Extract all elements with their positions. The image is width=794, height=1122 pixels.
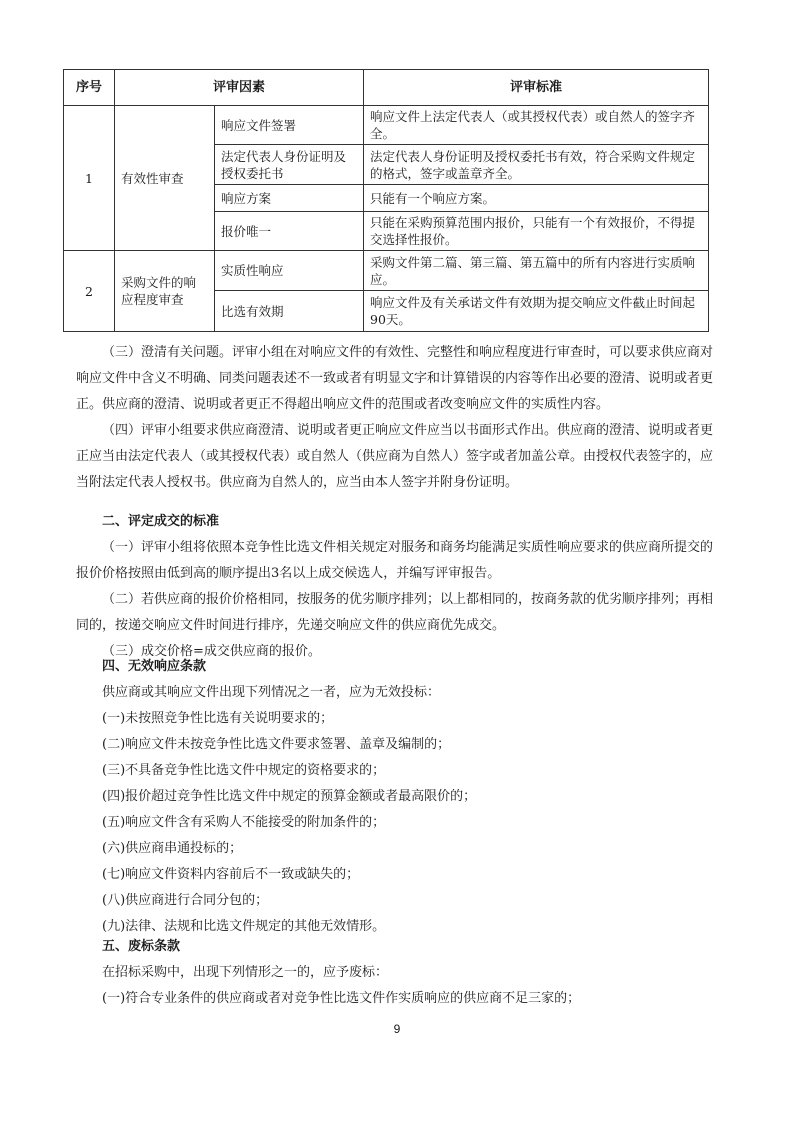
row-item: 法定代表人身份证明及授权委托书 [215,145,364,185]
paragraph-clarify: （三）澄清有关问题。评审小组在对响应文件的有效性、完整性和响应程度进行审查时，可… [76,340,714,418]
section-invalid-response: 四、无效响应条款 供应商或其响应文件出现下列情况之一者，应为无效投标： (一)未… [102,654,714,940]
row-standard: 响应文件及有关承诺文件有效期为提交响应文件截止时间起90天。 [364,291,709,332]
criteria-item: （二）若供应商的报价价格相同，按服务的优劣顺序排列；以上都相同的，按商务款的优劣… [76,587,714,639]
header-standard: 评审标准 [364,70,709,106]
clarification-section: （三）澄清有关问题。评审小组在对响应文件的有效性、完整性和响应程度进行审查时，可… [76,340,714,496]
section-award-criteria: 二、评定成交的标准 （一）评审小组将依照本竞争性比选文件相关规定对服务和商务均能… [76,509,714,665]
invalid-item: (二)响应文件未按竞争性比选文件要求签署、盖章及编制的； [102,732,714,758]
invalid-item: (七)响应文件资料内容前后不一致或缺失的； [102,862,714,888]
row-standard: 只能在采购预算范围内报价，只能有一个有效报价，不得提交选择性报价。 [364,212,709,251]
section-heading: 二、评定成交的标准 [76,509,714,535]
invalid-item: (三)不具备竞争性比选文件中规定的资格要求的； [102,758,714,784]
invalid-item: (四)报价超过竞争性比选文件中规定的预算金额或者最高限价的； [102,784,714,810]
invalid-item: (一)未按照竞争性比选有关说明要求的； [102,706,714,732]
row-item: 比选有效期 [215,291,364,332]
rejection-item: (一)符合专业条件的供应商或者对竞争性比选文件作实质响应的供应商不足三家的； [102,986,714,1012]
section-bid-rejection: 五、废标条款 在招标采购中，出现下列情形之一的，应予废标： (一)符合专业条件的… [102,934,714,1012]
document-page: 序号 评审因素 评审标准 1 有效性审查 响应文件签署 响应文件上法定代表人（或… [0,0,794,1122]
invalid-item: (八)供应商进行合同分包的； [102,888,714,914]
group-factor: 采购文件的响应程度审查 [115,251,215,332]
row-standard: 采购文件第二篇、第三篇、第五篇中的所有内容进行实质响应。 [364,251,709,291]
group-no: 2 [64,251,115,332]
table-header-row: 序号 评审因素 评审标准 [64,70,709,106]
row-standard: 法定代表人身份证明及授权委托书有效，符合采购文件规定的格式，签字或盖章齐全。 [364,145,709,185]
table-row: 2 采购文件的响应程度审查 实质性响应 采购文件第二篇、第三篇、第五篇中的所有内… [64,251,709,291]
table-row: 1 有效性审查 响应文件签署 响应文件上法定代表人（或其授权代表）或自然人的签字… [64,106,709,145]
header-factor: 评审因素 [115,70,364,106]
criteria-item: （一）评审小组将依照本竞争性比选文件相关规定对服务和商务均能满足实质性响应要求的… [76,535,714,587]
page-number: 9 [0,1022,794,1036]
paragraph-written-form: （四）评审小组要求供应商澄清、说明或者更正响应文件应当以书面形式作出。供应商的澄… [76,418,714,496]
invalid-item: (五)响应文件含有采购人不能接受的附加条件的； [102,810,714,836]
section-intro: 供应商或其响应文件出现下列情况之一者，应为无效投标： [102,680,714,706]
row-standard: 响应文件上法定代表人（或其授权代表）或自然人的签字齐全。 [364,106,709,145]
evaluation-table: 序号 评审因素 评审标准 1 有效性审查 响应文件签署 响应文件上法定代表人（或… [63,69,709,332]
invalid-item: (六)供应商串通投标的； [102,836,714,862]
group-factor: 有效性审查 [115,106,215,251]
section-heading: 四、无效响应条款 [102,654,714,680]
row-item: 实质性响应 [215,251,364,291]
group-no: 1 [64,106,115,251]
section-intro: 在招标采购中，出现下列情形之一的，应予废标： [102,960,714,986]
header-no: 序号 [64,70,115,106]
row-item: 响应方案 [215,185,364,212]
row-standard: 只能有一个响应方案。 [364,185,709,212]
row-item: 响应文件签署 [215,106,364,145]
section-heading: 五、废标条款 [102,934,714,960]
row-item: 报价唯一 [215,212,364,251]
